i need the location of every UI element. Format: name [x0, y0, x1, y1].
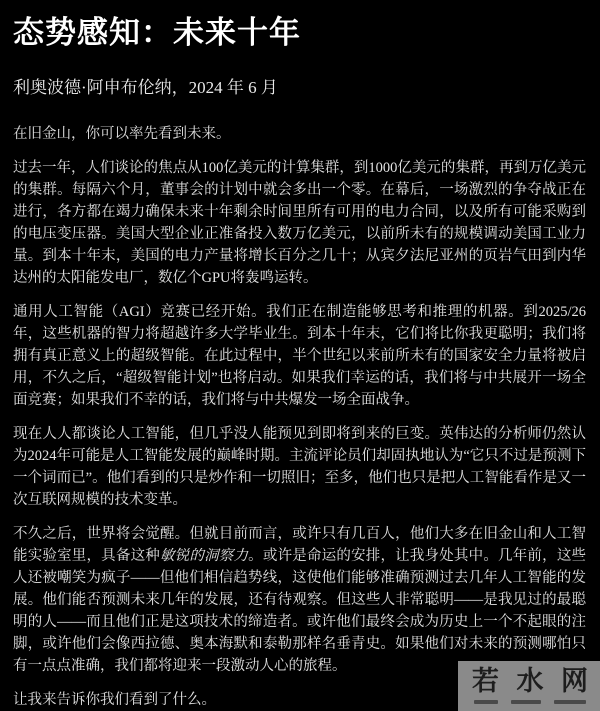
watermark-char-3: 网 — [561, 666, 588, 696]
paragraph: 在旧金山，你可以率先看到未来。 — [13, 123, 586, 145]
emphasized-text: 敏锐的洞察力 — [160, 548, 248, 564]
paragraph-text: 。或许是命运的安排，让我身处其中。几年前，这些人还被嘲笑为疯子——但他们相信趋势… — [13, 548, 586, 674]
watermark-char-2: 水 — [517, 666, 544, 696]
paragraph: 不久之后，世界将会觉醒。但就目前而言，或许只有几百人，他们大多在旧金山和人工智能… — [13, 523, 586, 677]
paragraph: 过去一年，人们谈论的焦点从100亿美元的计算集群，到1000亿美元的集群，再到万… — [13, 157, 586, 289]
paragraph-text: 通用人工智能（AGI）竞赛已经开始。我们正在制造能够思考和推理的机器。到2025… — [13, 304, 586, 408]
paragraph: 通用人工智能（AGI）竞赛已经开始。我们正在制造能够思考和推理的机器。到2025… — [13, 301, 586, 411]
paragraph-text: 现在人人都谈论人工智能，但几乎没人能预见到即将到来的巨变。英伟达的分析师仍然认为… — [13, 426, 586, 508]
page-title: 态势感知：未来十年 — [13, 14, 586, 52]
paragraph-text: 在旧金山，你可以率先看到未来。 — [13, 126, 231, 142]
watermark-subtext-mark — [511, 700, 541, 704]
byline: 利奥波德·阿申布伦纳，2024 年 6 月 — [13, 77, 586, 98]
watermark-char-1: 若 — [472, 666, 499, 696]
watermark-subtext-mark — [554, 700, 586, 704]
paragraph: 现在人人都谈论人工智能，但几乎没人能预见到即将到来的巨变。英伟达的分析师仍然认为… — [13, 423, 586, 511]
paragraph-text: 让我来告诉你我们看到了什么。 — [13, 692, 216, 708]
paragraph-text: 过去一年，人们谈论的焦点从100亿美元的计算集群，到1000亿美元的集群，再到万… — [13, 160, 586, 286]
watermark-text: 若 水 网 — [472, 666, 588, 696]
watermark-subtext-mark — [474, 700, 498, 704]
article: 态势感知：未来十年 利奥波德·阿申布伦纳，2024 年 6 月 在旧金山，你可以… — [0, 0, 600, 711]
watermark-subtext — [472, 700, 588, 704]
article-body: 在旧金山，你可以率先看到未来。过去一年，人们谈论的焦点从100亿美元的计算集群，… — [13, 123, 586, 711]
watermark: 若 水 网 — [458, 661, 600, 711]
